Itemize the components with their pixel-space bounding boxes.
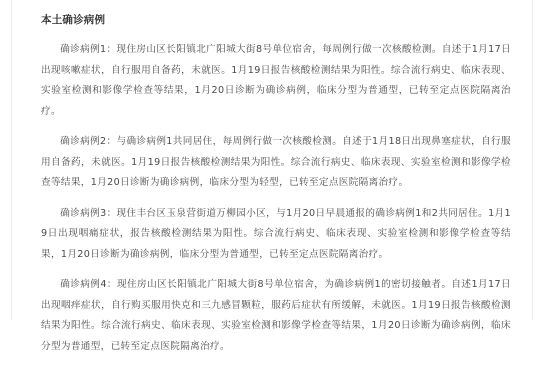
case-paragraph-4: 确诊病例4：现住房山区长阳镇北广阳城大街8号单位宿舍，为确诊病例1的密切接触者。… (41, 275, 511, 320)
case-paragraph-1: 确诊病例1：现住房山区长阳镇北广阳城大街8号单位宿舍，每周例行做一次核酸检测。自… (41, 40, 511, 122)
section-heading: 本土确诊病例 (41, 12, 511, 28)
case-paragraph-3: 确诊病例3：现住丰台区玉泉营街道万柳园小区，与1月20日早晨通报的确诊病例1和2… (41, 204, 511, 266)
article-page: 本土确诊病例 确诊病例1：现住房山区长阳镇北广阳城大街8号单位宿舍，每周例行做一… (11, 0, 533, 320)
case-paragraph-2: 确诊病例2：与确诊病例1共同居住，每周例行做一次核酸检测。自述于1月18日出现鼻… (41, 132, 511, 194)
article-body: 本土确诊病例 确诊病例1：现住房山区长阳镇北广阳城大街8号单位宿舍，每周例行做一… (41, 12, 511, 320)
